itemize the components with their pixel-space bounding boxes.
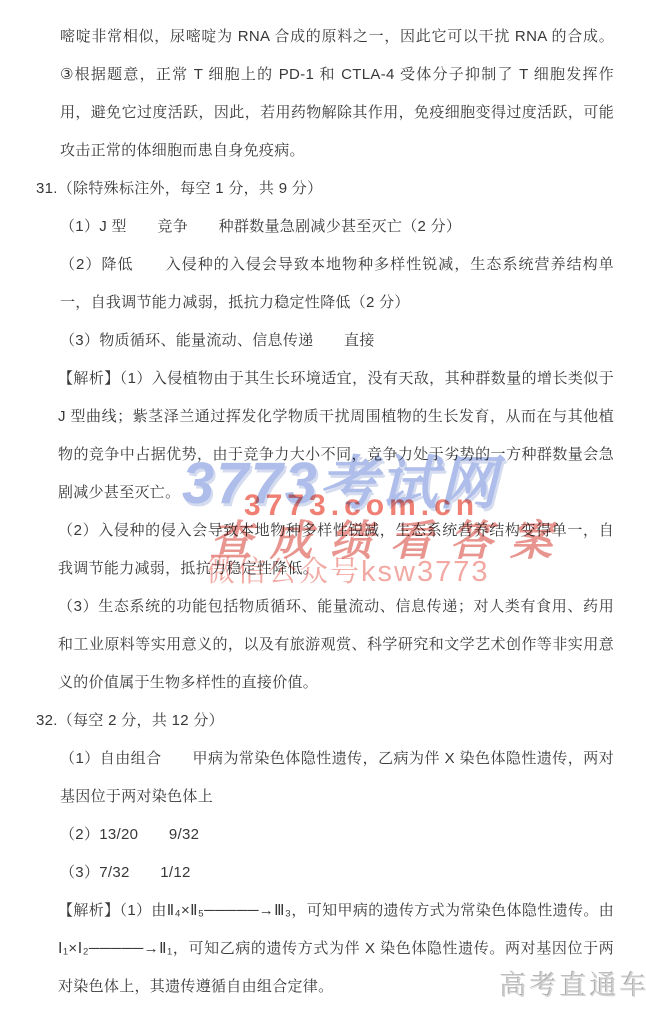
q32-answer-3: （3）7/32 1/12 xyxy=(60,854,614,892)
q31-answer-3: （3）物质循环、能量流动、信息传递 直接 xyxy=(60,322,614,360)
q31-answer-2: （2）降低 入侵种的入侵会导致本地物种多样性锐减，生态系统营养结构单一，自我调节… xyxy=(60,246,614,322)
q32-answer-1: （1）自由组合 甲病为常染色体隐性遗传，乙病为伴 X 染色体隐性遗传，两对基因位… xyxy=(60,740,614,816)
q32-analysis-1: 【解析】（1）由Ⅱ₄×Ⅱ₅─────→Ⅲ₃，可知甲病的遗传方式为常染色体隐性遗传… xyxy=(58,892,614,1006)
q32-answer-2: （2）13/20 9/32 xyxy=(60,816,614,854)
question-32-header: 32.（每空 2 分，共 12 分） xyxy=(36,702,614,740)
document-body: 嘧啶非常相似，尿嘧啶为 RNA 合成的原料之一，因此它可以干扰 RNA 的合成。… xyxy=(36,18,614,1006)
q31-analysis-1: 【解析】（1）入侵植物由于其生长环境适宜，没有天敌，其种群数量的增长类似于 J … xyxy=(58,360,614,512)
q31-answer-1: （1）J 型 竞争 种群数量急剧减少甚至灭亡（2 分） xyxy=(60,208,614,246)
q31-analysis-2: （2）入侵种的侵入会导致本地物种多样性锐减，生态系统营养结构变得单一，自我调节能… xyxy=(58,512,614,588)
answer-key-page: 嘧啶非常相似，尿嘧啶为 RNA 合成的原料之一，因此它可以干扰 RNA 的合成。… xyxy=(0,0,646,1024)
q31-analysis-3: （3）生态系统的功能包括物质循环、能量流动、信息传递；对人类有食用、药用和工业原… xyxy=(58,588,614,702)
question-31-header: 31.（除特殊标注外，每空 1 分，共 9 分） xyxy=(36,170,614,208)
intro-paragraph: 嘧啶非常相似，尿嘧啶为 RNA 合成的原料之一，因此它可以干扰 RNA 的合成。… xyxy=(60,18,614,170)
